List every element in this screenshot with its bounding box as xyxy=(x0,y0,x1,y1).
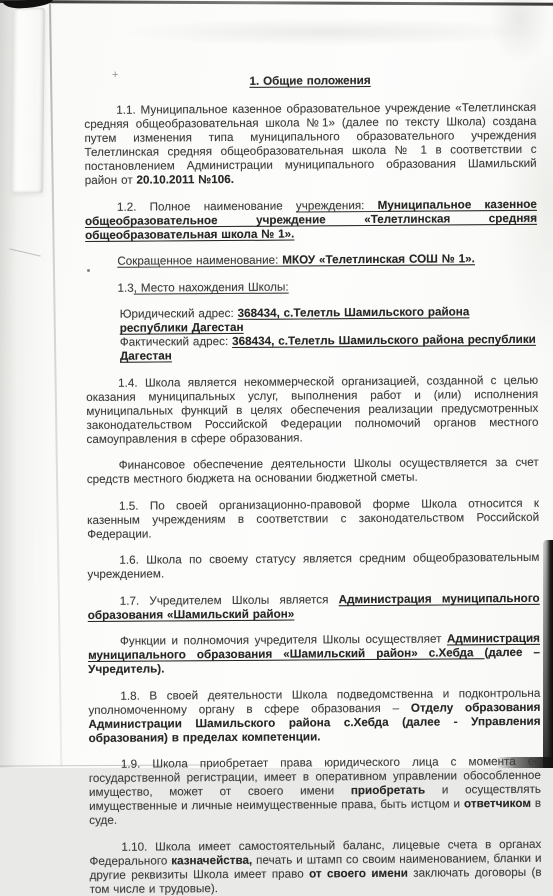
text-segment: Юридический адрес: xyxy=(120,307,238,321)
scanned-page: + 1. Общие положения 1.1. Муниципальное … xyxy=(0,0,553,768)
document-text-block: 1. Общие положения 1.1. Муниципальное ка… xyxy=(84,73,542,768)
para-1-5: 1.5. По своей организационно-правовой фо… xyxy=(87,496,539,541)
text-segment: Сокращенное наименование: xyxy=(117,254,282,268)
para-1-9: 1.9. Школа приобретает права юридическог… xyxy=(89,755,541,768)
top-left-scan-mark xyxy=(3,0,53,9)
para-1-6: 1.6. Школа по своему статусу является ср… xyxy=(87,551,539,582)
text-segment: Фактический адрес: xyxy=(120,335,232,349)
paper-fold-line xyxy=(49,4,62,766)
text-segment: 1.6. Школа по своему статусу является ср… xyxy=(87,551,539,581)
text-segment: учреждения: xyxy=(296,198,378,212)
text-segment: 1.2. Полное наименование xyxy=(117,199,296,213)
para-1-1: 1.1. Муниципальное казенное образователь… xyxy=(84,101,537,188)
text-segment: 1.9. Школа приобретает права юридическог… xyxy=(89,755,541,768)
para-short-name: Сокращенное наименование: МКОУ «Телетлин… xyxy=(85,252,537,269)
text-segment: , Место нахождения Школы: xyxy=(134,280,289,294)
text-segment: 1.4. Школа является некоммерческой орган… xyxy=(86,373,538,445)
para-1-4: 1.4. Школа является некоммерческой орган… xyxy=(86,373,538,446)
para-addresses: Юридический адрес: 368434, с.Телетль Шам… xyxy=(86,305,538,364)
text-segment: 1.7. Учредителем Школы является xyxy=(120,593,339,608)
para-1-2: 1.2. Полное наименование учреждения: Мун… xyxy=(85,197,537,242)
paper-fold-highlight xyxy=(12,8,45,193)
left-edge-shadow xyxy=(0,0,58,768)
para-founder-functions: Функции и полномочия учредителя Школы ос… xyxy=(88,632,540,677)
para-1-3: 1.3, Место нахождения Школы: xyxy=(85,278,537,295)
section-heading: 1. Общие положения xyxy=(84,73,536,90)
top-scan-edge xyxy=(0,0,553,6)
para-1-8: 1.8. В своей деятельности Школа подведом… xyxy=(88,686,540,745)
right-scan-edge xyxy=(543,540,553,768)
text-segment: 20.10.2011 №106. xyxy=(136,173,234,187)
text-segment: МКОУ «Телетлинская СОШ № 1». xyxy=(282,252,475,266)
text-segment: Финансовое обеспечение деятельности Школ… xyxy=(87,456,539,486)
document-body: 1.1. Муниципальное казенное образователь… xyxy=(84,101,542,768)
paper-crease xyxy=(9,248,40,256)
para-finance: Финансовое обеспечение деятельности Школ… xyxy=(87,456,539,487)
text-segment: 1.3 xyxy=(117,281,133,294)
text-segment: Функции и полномочия учредителя Школы ос… xyxy=(120,632,447,647)
text-segment: 1.5. По своей организационно-правовой фо… xyxy=(87,496,539,540)
para-1-7: 1.7. Учредителем Школы является Админист… xyxy=(88,591,540,622)
